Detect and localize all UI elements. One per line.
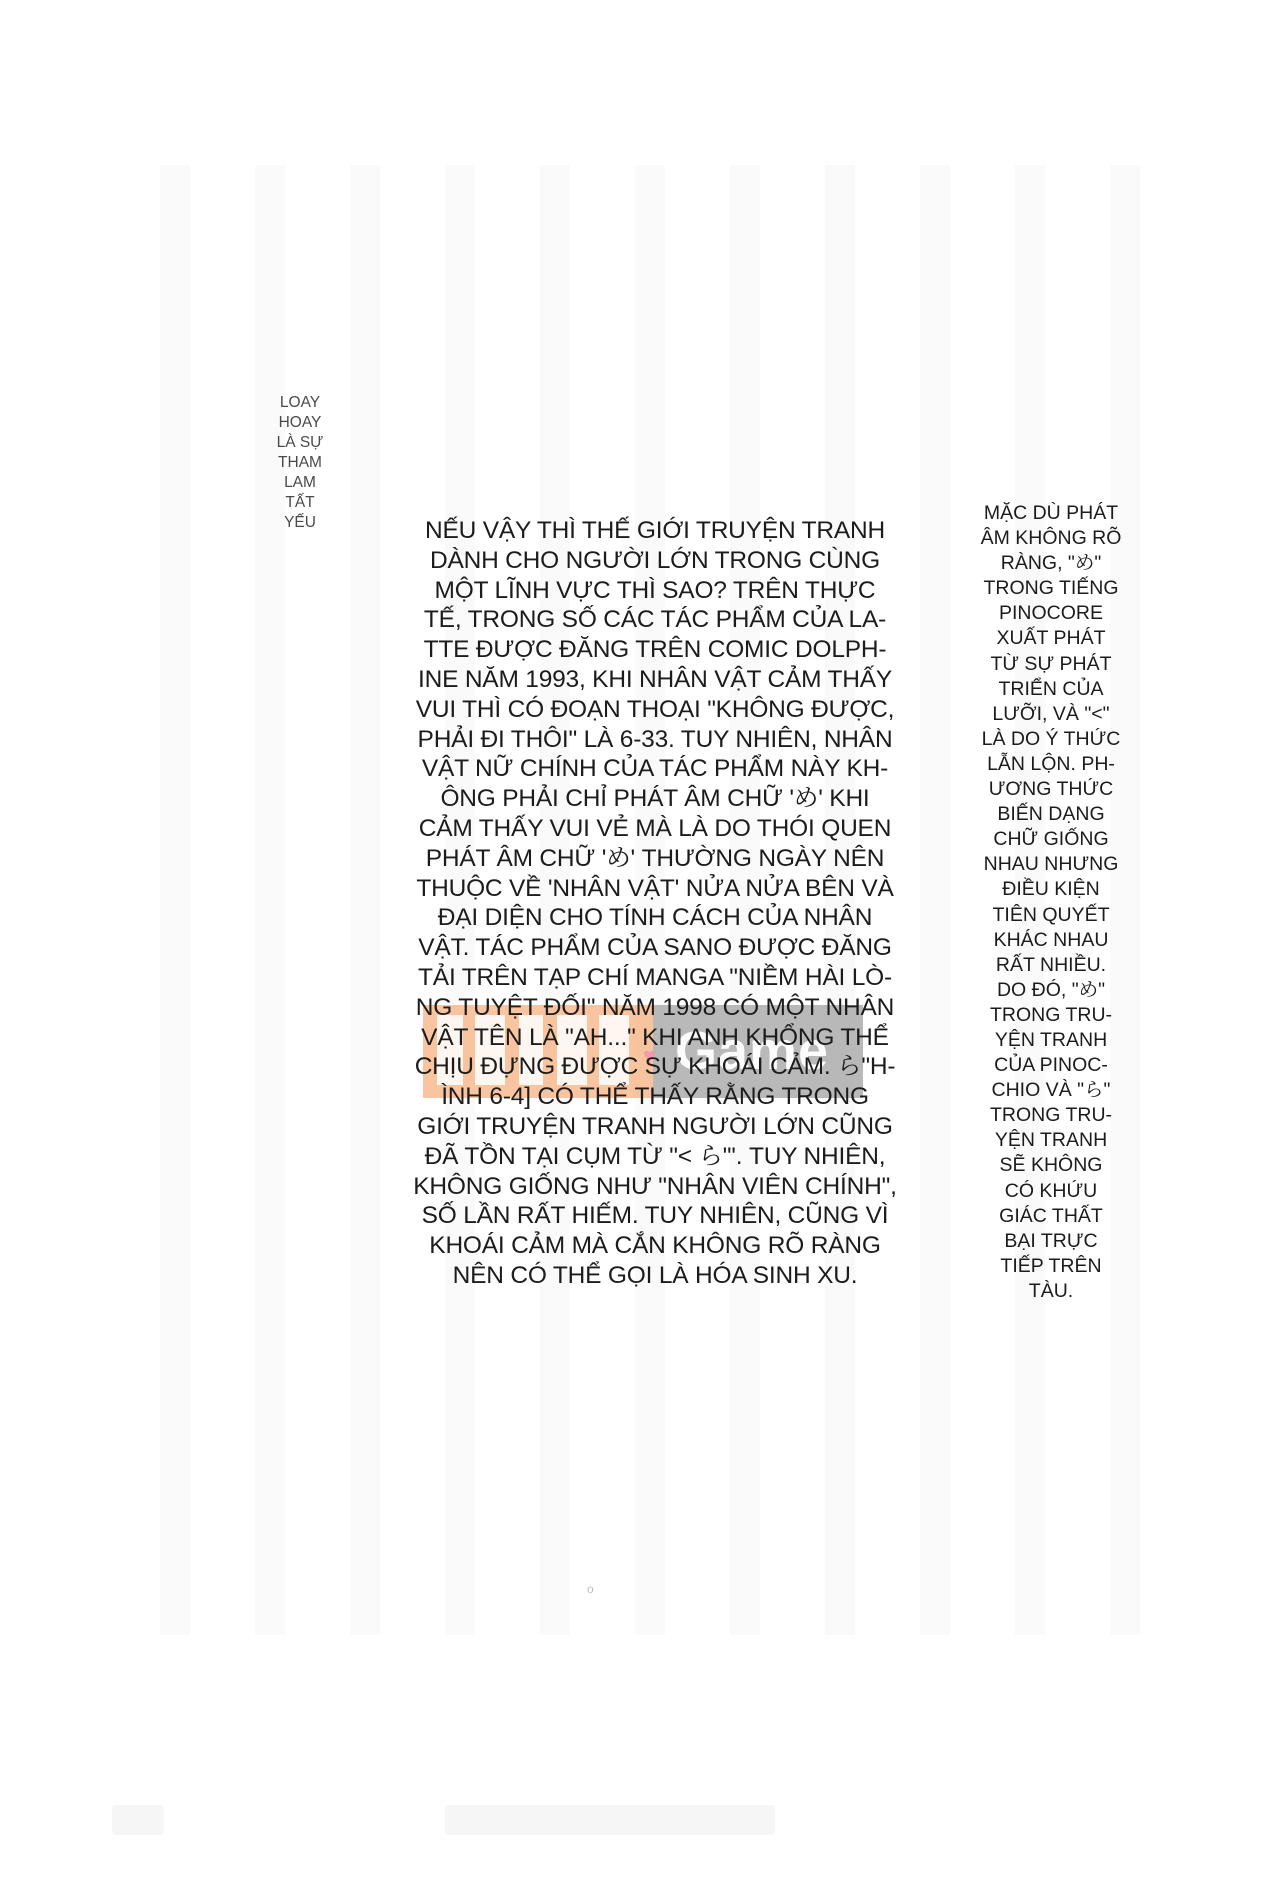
right-annotation-line: ÂM KHÔNG RÕ bbox=[968, 526, 1134, 551]
main-text-line: ÔNG PHẢI CHỈ PHÁT ÂM CHỮ 'め' KHI bbox=[405, 784, 905, 814]
right-annotation-line: SẼ KHÔNG bbox=[968, 1153, 1134, 1178]
main-text-line: ĐẠI DIỆN CHO TÍNH CÁCH CỦA NHÂN bbox=[405, 903, 905, 933]
right-annotation-line: TRONG TRU- bbox=[968, 1003, 1134, 1028]
right-annotation-line: LƯỠI, VÀ "<" bbox=[968, 702, 1134, 727]
right-annotation-line: DO ĐÓ, "め" bbox=[968, 978, 1134, 1003]
right-annotation-line: TRONG TRU- bbox=[968, 1103, 1134, 1128]
main-text-line: GIỚI TRUYỆN TRANH NGƯỜI LỚN CŨNG bbox=[405, 1112, 905, 1142]
right-annotation: MẶC DÙ PHÁT ÂM KHÔNG RÕ RÀNG, "め" TRONG … bbox=[968, 501, 1134, 1304]
main-text-line: CHỊU ĐỰNG ĐƯỢC SỰ KHOÁI CẢM. ら"H- bbox=[405, 1052, 905, 1082]
main-text-line: ÌNH 6-4] CÓ THỂ THẤY RẰNG TRONG bbox=[405, 1082, 905, 1112]
side-caption-line: TẤT bbox=[268, 493, 332, 513]
right-annotation-line: RÀNG, "め" bbox=[968, 551, 1134, 576]
right-annotation-line: BẠI TRỰC bbox=[968, 1229, 1134, 1254]
right-annotation-line: XUẤT PHÁT bbox=[968, 626, 1134, 651]
page-number: o bbox=[587, 1582, 594, 1596]
side-caption-line: LÀ SỰ bbox=[268, 433, 332, 453]
right-annotation-line: MẶC DÙ PHÁT bbox=[968, 501, 1134, 526]
main-text-line: TTE ĐƯỢC ĐĂNG TRÊN COMIC DOLPH- bbox=[405, 635, 905, 665]
right-annotation-line: ĐIỀU KIỆN bbox=[968, 877, 1134, 902]
main-text-line: PHẢI ĐI THÔI" LÀ 6-33. TUY NHIÊN, NHÂN bbox=[405, 725, 905, 755]
right-annotation-line: NHAU NHƯNG bbox=[968, 852, 1134, 877]
right-annotation-line: TIẾP TRÊN bbox=[968, 1254, 1134, 1279]
main-text-line: PHÁT ÂM CHỮ 'め' THƯỜNG NGÀY NÊN bbox=[405, 844, 905, 874]
main-text-line: NẾU VẬY THÌ THẾ GIỚI TRUYỆN TRANH bbox=[405, 516, 905, 546]
right-annotation-line: TỪ SỰ PHÁT bbox=[968, 652, 1134, 677]
right-annotation-line: CHỮ GIỐNG bbox=[968, 827, 1134, 852]
right-annotation-line: TIÊN QUYẾT bbox=[968, 903, 1134, 928]
right-annotation-line: YỆN TRANH bbox=[968, 1128, 1134, 1153]
side-caption-line: THAM bbox=[268, 453, 332, 473]
main-text-line: VẬT NỮ CHÍNH CỦA TÁC PHẨM NÀY KH- bbox=[405, 754, 905, 784]
right-annotation-line: TRIỂN CỦA bbox=[968, 677, 1134, 702]
right-annotation-line: ƯƠNG THỨC bbox=[968, 777, 1134, 802]
main-text-line: MỘT LĨNH VỰC THÌ SAO? TRÊN THỰC bbox=[405, 576, 905, 606]
right-annotation-line: KHÁC NHAU bbox=[968, 928, 1134, 953]
main-text-line: NÊN CÓ THỂ GỌI LÀ HÓA SINH XU. bbox=[405, 1261, 905, 1291]
main-text-line: KHÔNG GIỐNG NHƯ "NHÂN VIÊN CHÍNH", bbox=[405, 1172, 905, 1202]
main-text-line: THUỘC VỀ 'NHÂN VẬT' NỬA NỬA BÊN VÀ bbox=[405, 874, 905, 904]
main-text-line: TẢI TRÊN TẠP CHÍ MANGA "NIỀM HÀI LÒ- bbox=[405, 963, 905, 993]
main-text-block: NẾU VẬY THÌ THẾ GIỚI TRUYỆN TRANH DÀNH C… bbox=[405, 516, 905, 1291]
right-annotation-line: YỆN TRANH bbox=[968, 1028, 1134, 1053]
right-annotation-line: TRONG TIẾNG bbox=[968, 576, 1134, 601]
main-text-line: VẬT TÊN LÀ "AH..." KHI ANH KHỔNG THỂ bbox=[405, 1023, 905, 1053]
right-annotation-line: CHIO VÀ "ら" bbox=[968, 1078, 1134, 1103]
right-annotation-line: CỦA PINOC- bbox=[968, 1053, 1134, 1078]
main-text-line: KHOÁI CẢM MÀ CẮN KHÔNG RÕ RÀNG bbox=[405, 1231, 905, 1261]
main-text-line: TẾ, TRONG SỐ CÁC TÁC PHẨM CỦA LA- bbox=[405, 605, 905, 635]
side-caption: LOAY HOAY LÀ SỰ THAM LAM TẤT YẾU bbox=[268, 393, 332, 533]
right-annotation-line: RẤT NHIỀU. bbox=[968, 953, 1134, 978]
main-text-line: CẢM THẤY VUI VẺ MÀ LÀ DO THÓI QUEN bbox=[405, 814, 905, 844]
main-text-line: DÀNH CHO NGƯỜI LỚN TRONG CÙNG bbox=[405, 546, 905, 576]
main-text-line: VUI THÌ CÓ ĐOẠN THOẠI "KHÔNG ĐƯỢC, bbox=[405, 695, 905, 725]
main-text-line: INE NĂM 1993, KHI NHÂN VẬT CẢM THẤY bbox=[405, 665, 905, 695]
right-annotation-line: PINOCORE bbox=[968, 601, 1134, 626]
side-caption-line: LAM bbox=[268, 473, 332, 493]
footer-smudge bbox=[445, 1805, 775, 1835]
right-annotation-line: LẪN LỘN. PH- bbox=[968, 752, 1134, 777]
side-caption-line: LOAY bbox=[268, 393, 332, 413]
main-text-line: NG TUYỆT ĐỐI" NĂM 1998 CÓ MỘT NHÂN bbox=[405, 993, 905, 1023]
main-text-line: SỐ LẦN RẤT HIẾM. TUY NHIÊN, CŨNG VÌ bbox=[405, 1201, 905, 1231]
right-annotation-line: TÀU. bbox=[968, 1279, 1134, 1304]
main-text-line: VẬT. TÁC PHẨM CỦA SANO ĐƯỢC ĐĂNG bbox=[405, 933, 905, 963]
right-annotation-line: BIẾN DẠNG bbox=[968, 802, 1134, 827]
side-caption-line: HOAY bbox=[268, 413, 332, 433]
right-annotation-line: CÓ KHỨU bbox=[968, 1179, 1134, 1204]
main-text-line: ĐÃ TỒN TẠI CỤM TỪ "< ら"'. TUY NHIÊN, bbox=[405, 1142, 905, 1172]
right-annotation-line: GIÁC THẤT bbox=[968, 1204, 1134, 1229]
footer-smudge bbox=[112, 1805, 164, 1835]
right-annotation-line: LÀ DO Ý THỨC bbox=[968, 727, 1134, 752]
side-caption-line: YẾU bbox=[268, 513, 332, 533]
